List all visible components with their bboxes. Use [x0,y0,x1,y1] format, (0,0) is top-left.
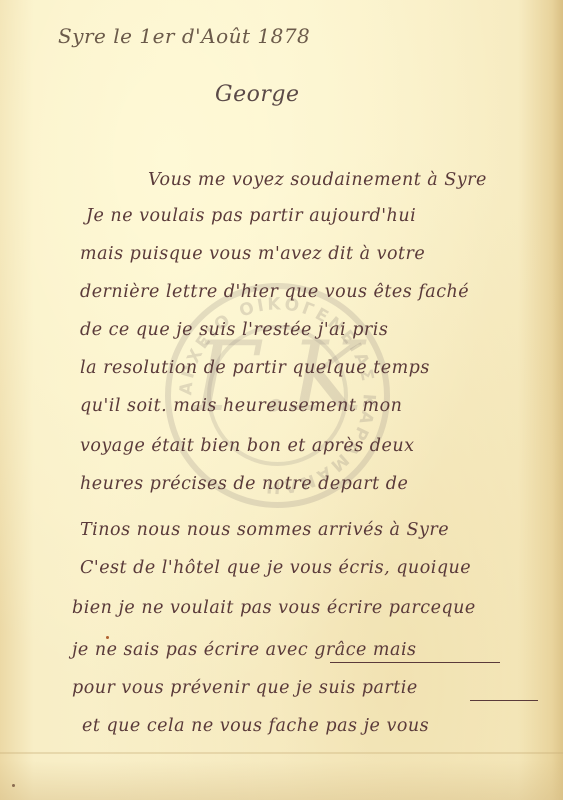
body-line-3: mais puisque vous m'avez dit à votre [80,244,425,264]
letter-page: ΑΡΧΕΙΟ ΟΙΚΟΓΕΝΕΙΑΣ ΚΑΡΑΜΑΝΛΗ Γ.Κ Syre le… [0,0,563,800]
underline-avec-grace [330,662,500,663]
body-line-10: Tinos nous nous sommes arrivés à Syre [80,520,449,540]
date-line: Syre le 1er d'Août 1878 [58,24,310,48]
body-line-12: bien je ne voulait pas vous écrire parce… [72,598,476,618]
paper-fold [0,752,563,754]
body-line-8: voyage était bien bon et après deux [80,436,415,456]
body-line-7: qu'il soit. mais heureusement mon [80,396,402,416]
body-line-5-text: de ce que je suis l'restée j'ai pris [80,320,388,340]
body-line-4: dernière lettre d'hier que vous êtes fac… [80,282,469,302]
body-line-15: et que cela ne vous fache pas je vous [82,716,429,736]
body-line-14: pour vous prévenir que je suis partie [72,678,418,698]
body-line-2: Je ne voulais pas partir aujourd'hui [86,206,416,226]
body-line-5: de ce que je suis l'restée j'ai pris [80,320,388,340]
underline-partie [470,700,538,701]
body-line-6: la resolution de partir quelque temps [80,358,430,378]
ink-speck [12,784,15,787]
salutation: George [215,82,299,107]
ink-speck [106,636,109,639]
body-line-13: je ne sais pas écrire avec grâce mais [72,640,417,660]
body-line-1: Vous me voyez soudainement à Syre [148,170,487,190]
body-line-9: heures précises de notre depart de [80,474,408,494]
body-line-11: C'est de l'hôtel que je vous écris, quoi… [80,558,471,578]
